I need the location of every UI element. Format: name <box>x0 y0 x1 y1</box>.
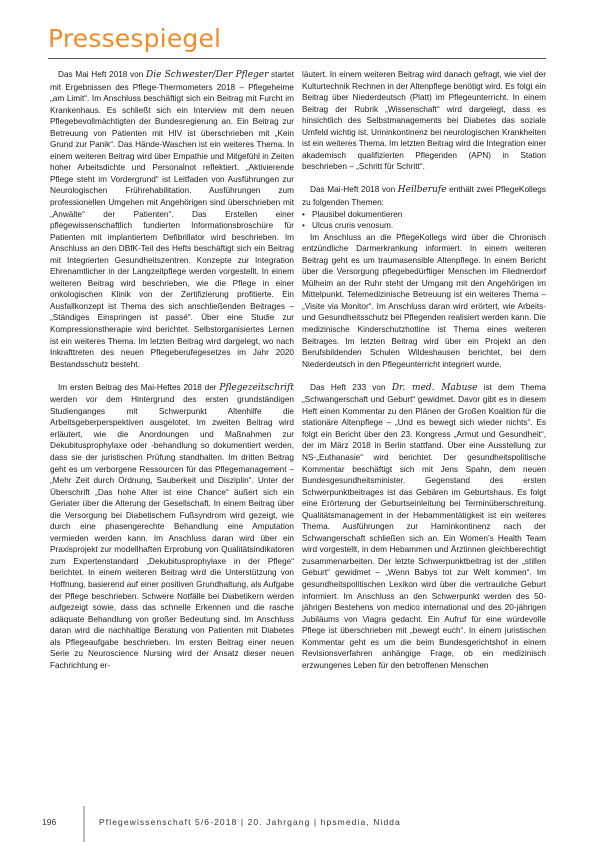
page-title: Pressespiegel <box>48 22 221 56</box>
right-column: läutert. In einem weiteren Beitrag wird … <box>302 69 546 671</box>
article-paragraph-mabuse: Das Heft 233 von Dr. med. Mabuse ist dem… <box>302 382 546 672</box>
publication-name: Die Schwester/Der Pfleger <box>146 70 268 80</box>
article-paragraph-heilberufe: Das Mai-Heft 2018 von Heilberufe enthält… <box>302 184 546 208</box>
topic-list-item: Ulcus cruris venosum. <box>302 220 546 232</box>
article-paragraph-schwester: Das Mai Heft 2018 von Die Schwester/Der … <box>50 69 294 370</box>
page-footer: 196 Pflegewissenschaft 5/6-2018 | 20. Ja… <box>0 806 595 842</box>
footer-divider <box>83 806 85 842</box>
article-paragraph-pflegezeitschrift: Im ersten Beitrag des Mai-Heftes 2018 de… <box>50 382 294 672</box>
page-number: 196 <box>42 817 56 827</box>
article-paragraph-continued: läutert. In einem weiteren Beitrag wird … <box>302 69 546 173</box>
topic-list-item: Plausibel dokumentieren <box>302 209 546 221</box>
title-divider <box>48 58 546 59</box>
left-column: Das Mai Heft 2018 von Die Schwester/Der … <box>50 69 294 671</box>
publication-name: Heilberufe <box>398 185 447 195</box>
publication-name: Pflegezeitschrift <box>219 383 294 393</box>
journal-citation: Pflegewissenschaft 5/6-2018 | 20. Jahrga… <box>99 817 401 827</box>
topic-list: Plausibel dokumentieren Ulcus cruris ven… <box>302 209 546 232</box>
publication-name: Dr. med. Mabuse <box>392 383 478 393</box>
article-paragraph-heilberufe-cont: Im Anschluss an die PflegeKollegs wird ü… <box>302 232 546 371</box>
